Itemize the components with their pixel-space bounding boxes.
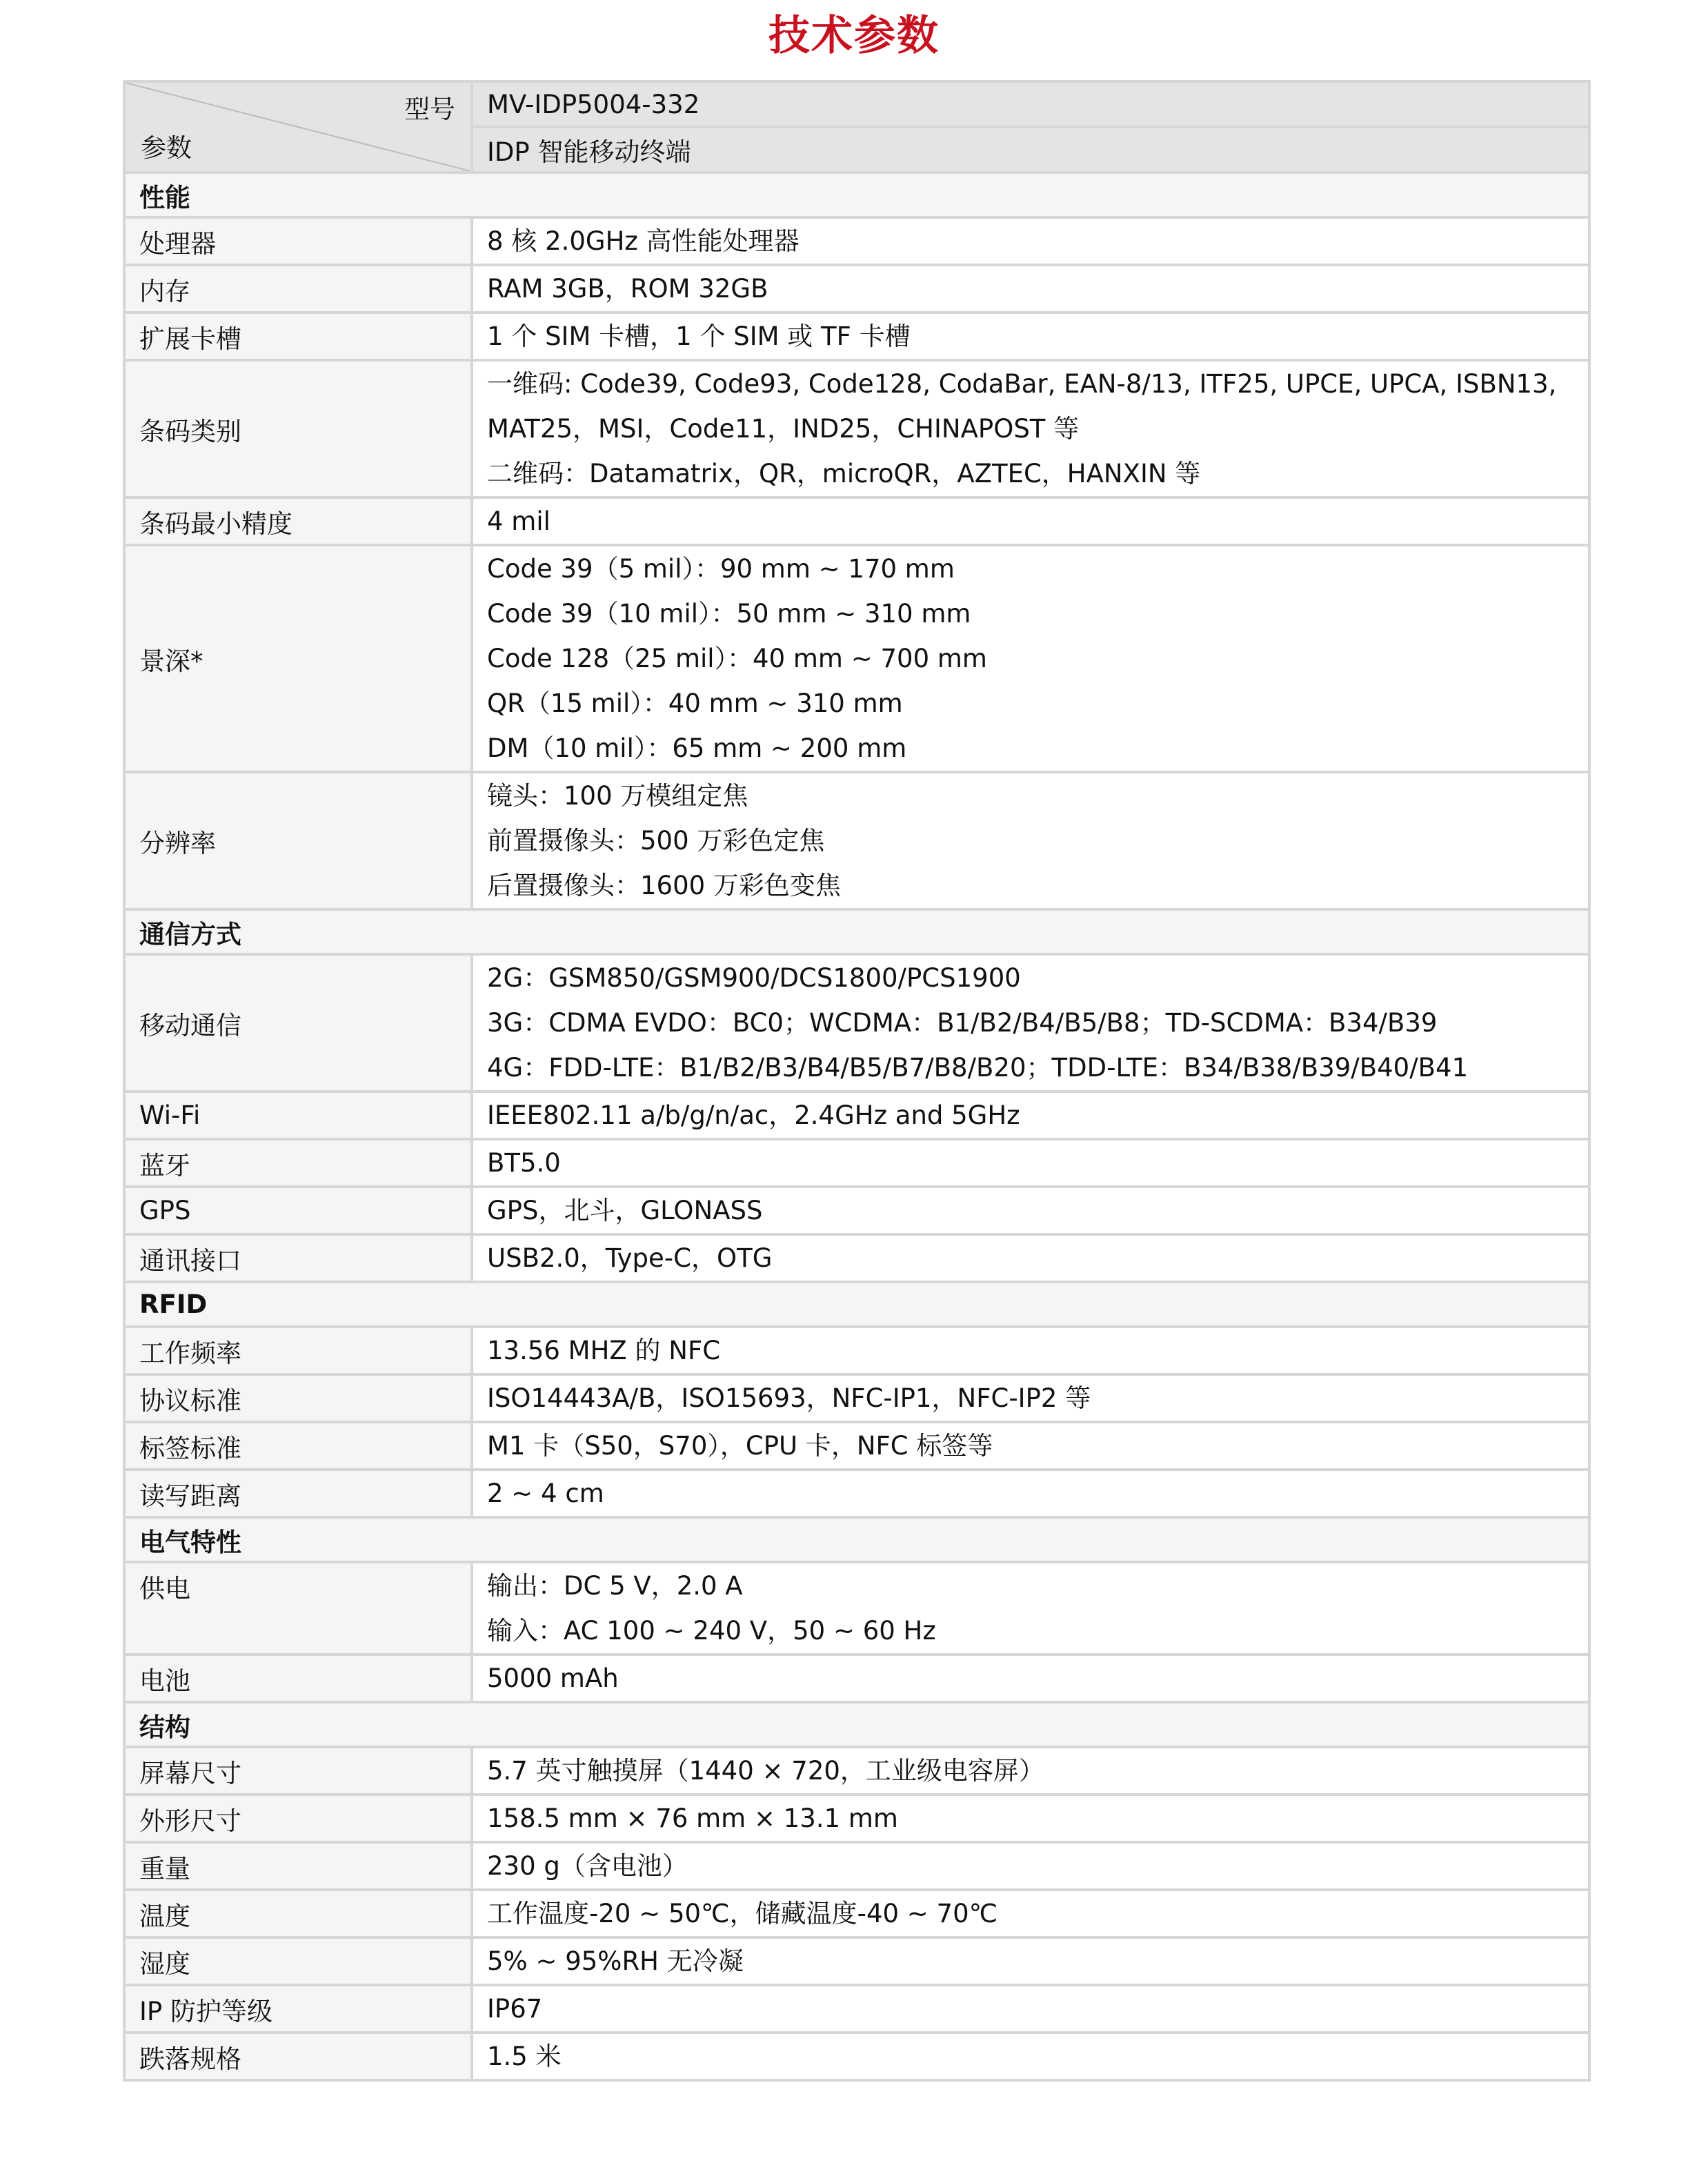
value-line: RAM 3GB，ROM 32GB — [487, 266, 1574, 311]
row-label: 外形尺寸 — [124, 1795, 472, 1842]
value-line: 1 个 SIM 卡槽，1 个 SIM 或 TF 卡槽 — [487, 314, 1574, 359]
section-title: 电气特性 — [124, 1517, 1589, 1562]
row-value: 2 ~ 4 cm — [472, 1470, 1589, 1517]
value-line: 一维码: Code39, Code93, Code128, CodaBar, E… — [487, 362, 1574, 406]
table-row: 内存RAM 3GB，ROM 32GB — [124, 265, 1589, 313]
value-line: 工作温度-20 ~ 50℃，储藏温度-40 ~ 70℃ — [487, 1891, 1574, 1936]
section-header: 结构 — [124, 1702, 1589, 1747]
row-label: 扩展卡槽 — [124, 313, 472, 360]
value-line: MAT25，MSI，Code11，IND25，CHINAPOST 等 — [487, 406, 1574, 451]
row-value: 5.7 英寸触摸屏（1440 × 720，工业级电容屏） — [472, 1747, 1589, 1795]
value-line: 158.5 mm × 76 mm × 13.1 mm — [487, 1796, 1574, 1841]
table-row: 标签标准M1 卡（S50，S70），CPU 卡，NFC 标签等 — [124, 1422, 1589, 1470]
product-name-value: IDP 智能移动终端 — [472, 127, 1589, 172]
row-label: 工作频率 — [124, 1327, 472, 1374]
row-label: 电池 — [124, 1655, 472, 1702]
row-label: 标签标准 — [124, 1422, 472, 1470]
row-value: 230 g（含电池） — [472, 1842, 1589, 1890]
corner-label-params: 参数 — [141, 127, 192, 164]
row-value: 4 mil — [472, 497, 1589, 545]
value-line: 5% ~ 95%RH 无冷凝 — [487, 1939, 1574, 1984]
value-line: 5.7 英寸触摸屏（1440 × 720，工业级电容屏） — [487, 1748, 1574, 1793]
value-line: 8 核 2.0GHz 高性能处理器 — [487, 219, 1574, 264]
section-title: 通信方式 — [124, 909, 1589, 954]
row-label: 条码最小精度 — [124, 497, 472, 545]
value-line: M1 卡（S50，S70），CPU 卡，NFC 标签等 — [487, 1423, 1574, 1468]
table-row: 工作频率13.56 MHZ 的 NFC — [124, 1327, 1589, 1374]
table-row: 条码最小精度4 mil — [124, 497, 1589, 545]
table-row: 景深*Code 39（5 mil）：90 mm ~ 170 mmCode 39（… — [124, 545, 1589, 772]
value-line: IEEE802.11 a/b/g/n/ac，2.4GHz and 5GHz — [487, 1093, 1574, 1138]
row-value: BT5.0 — [472, 1139, 1589, 1187]
value-line: 输入：AC 100 ~ 240 V，50 ~ 60 Hz — [487, 1608, 1574, 1653]
value-line: IP67 — [487, 1986, 1574, 2031]
table-row: 移动通信2G：GSM850/GSM900/DCS1800/PCS19003G：C… — [124, 954, 1589, 1092]
value-line: 2G：GSM850/GSM900/DCS1800/PCS1900 — [487, 956, 1574, 1000]
row-label: 跌落规格 — [124, 2033, 472, 2080]
value-line: 13.56 MHZ 的 NFC — [487, 1328, 1574, 1373]
row-label: 条码类别 — [124, 360, 472, 497]
value-line: 镜头：100 万模组定焦 — [487, 773, 1574, 818]
value-line: BT5.0 — [487, 1140, 1574, 1185]
row-value: M1 卡（S50，S70），CPU 卡，NFC 标签等 — [472, 1422, 1589, 1470]
table-row: 处理器8 核 2.0GHz 高性能处理器 — [124, 217, 1589, 265]
row-value: 13.56 MHZ 的 NFC — [472, 1327, 1589, 1374]
table-row: 温度工作温度-20 ~ 50℃，储藏温度-40 ~ 70℃ — [124, 1890, 1589, 1937]
row-value: IP67 — [472, 1985, 1589, 2033]
table-row: 湿度5% ~ 95%RH 无冷凝 — [124, 1937, 1589, 1985]
value-line: 4G：FDD-LTE：B1/B2/B3/B4/B5/B7/B8/B20；TDD-… — [487, 1045, 1574, 1090]
corner-label-model: 型号 — [404, 88, 455, 126]
row-label: 重量 — [124, 1842, 472, 1890]
row-value: 输出：DC 5 V，2.0 A输入：AC 100 ~ 240 V，50 ~ 60… — [472, 1562, 1589, 1655]
table-row: 电池5000 mAh — [124, 1655, 1589, 1702]
table-row: IP 防护等级IP67 — [124, 1985, 1589, 2033]
row-label: 温度 — [124, 1890, 472, 1937]
corner-cell: 型号 参数 — [124, 81, 472, 172]
value-line: 3G：CDMA EVDO：BC0；WCDMA：B1/B2/B4/B5/B8；TD… — [487, 1000, 1574, 1045]
row-value: 1.5 米 — [472, 2033, 1589, 2080]
table-row: 通讯接口USB2.0，Type-C，OTG — [124, 1234, 1589, 1282]
value-line: Code 128（25 mil）：40 mm ~ 700 mm — [487, 636, 1574, 681]
row-value: 一维码: Code39, Code93, Code128, CodaBar, E… — [472, 360, 1589, 497]
row-label: 屏幕尺寸 — [124, 1747, 472, 1795]
value-line: Code 39（10 mil）：50 mm ~ 310 mm — [487, 591, 1574, 636]
value-line: USB2.0，Type-C，OTG — [487, 1236, 1574, 1281]
table-row: 读写距离2 ~ 4 cm — [124, 1470, 1589, 1517]
section-header: 性能 — [124, 172, 1589, 217]
value-line: 1.5 米 — [487, 2034, 1574, 2079]
row-value: USB2.0，Type-C，OTG — [472, 1234, 1589, 1282]
value-line: Code 39（5 mil）：90 mm ~ 170 mm — [487, 546, 1574, 591]
value-line: DM（10 mil）：65 mm ~ 200 mm — [487, 726, 1574, 771]
row-label: 移动通信 — [124, 954, 472, 1092]
section-header: 电气特性 — [124, 1517, 1589, 1562]
table-row: 重量230 g（含电池） — [124, 1842, 1589, 1890]
value-line: 5000 mAh — [487, 1656, 1574, 1701]
section-header: RFID — [124, 1282, 1589, 1327]
table-row: GPSGPS，北斗，GLONASS — [124, 1187, 1589, 1234]
page-title: 技术参数 — [0, 8, 1708, 63]
row-value: 158.5 mm × 76 mm × 13.1 mm — [472, 1795, 1589, 1842]
row-label: IP 防护等级 — [124, 1985, 472, 2033]
table-row: Wi-FiIEEE802.11 a/b/g/n/ac，2.4GHz and 5G… — [124, 1092, 1589, 1139]
header-row-model: 型号 参数 MV-IDP5004-332 — [124, 81, 1589, 127]
row-label: 分辨率 — [124, 772, 472, 909]
table-row: 分辨率镜头：100 万模组定焦前置摄像头：500 万彩色定焦后置摄像头：1600… — [124, 772, 1589, 909]
section-title: 结构 — [124, 1702, 1589, 1747]
table-row: 扩展卡槽1 个 SIM 卡槽，1 个 SIM 或 TF 卡槽 — [124, 313, 1589, 360]
row-value: RAM 3GB，ROM 32GB — [472, 265, 1589, 313]
row-value: ISO14443A/B，ISO15693，NFC-IP1，NFC-IP2 等 — [472, 1374, 1589, 1422]
value-line: 2 ~ 4 cm — [487, 1471, 1574, 1516]
model-value: MV-IDP5004-332 — [472, 81, 1589, 127]
row-value: 5% ~ 95%RH 无冷凝 — [472, 1937, 1589, 1985]
row-value: 8 核 2.0GHz 高性能处理器 — [472, 217, 1589, 265]
section-header: 通信方式 — [124, 909, 1589, 954]
table-row: 协议标准ISO14443A/B，ISO15693，NFC-IP1，NFC-IP2… — [124, 1374, 1589, 1422]
row-value: 1 个 SIM 卡槽，1 个 SIM 或 TF 卡槽 — [472, 313, 1589, 360]
row-value: IEEE802.11 a/b/g/n/ac，2.4GHz and 5GHz — [472, 1092, 1589, 1139]
row-value: Code 39（5 mil）：90 mm ~ 170 mmCode 39（10 … — [472, 545, 1589, 772]
row-value: 工作温度-20 ~ 50℃，储藏温度-40 ~ 70℃ — [472, 1890, 1589, 1937]
value-line: 输出：DC 5 V，2.0 A — [487, 1563, 1574, 1608]
table-row: 条码类别一维码: Code39, Code93, Code128, CodaBa… — [124, 360, 1589, 497]
value-line: GPS，北斗，GLONASS — [487, 1188, 1574, 1233]
row-label: 处理器 — [124, 217, 472, 265]
row-label: 湿度 — [124, 1937, 472, 1985]
row-label: 供电 — [124, 1562, 472, 1655]
row-label: 内存 — [124, 265, 472, 313]
table-row: 外形尺寸158.5 mm × 76 mm × 13.1 mm — [124, 1795, 1589, 1842]
row-label: 景深* — [124, 545, 472, 772]
row-label: 蓝牙 — [124, 1139, 472, 1187]
row-label: 通讯接口 — [124, 1234, 472, 1282]
value-line: 后置摄像头：1600 万彩色变焦 — [487, 863, 1574, 908]
table-row: 屏幕尺寸5.7 英寸触摸屏（1440 × 720，工业级电容屏） — [124, 1747, 1589, 1795]
row-label: 读写距离 — [124, 1470, 472, 1517]
row-value: 2G：GSM850/GSM900/DCS1800/PCS19003G：CDMA … — [472, 954, 1589, 1092]
value-line: 4 mil — [487, 499, 1574, 544]
value-line: 230 g（含电池） — [487, 1844, 1574, 1888]
spec-table: 型号 参数 MV-IDP5004-332 IDP 智能移动终端 性能处理器8 核… — [123, 80, 1591, 2082]
value-line: QR（15 mil）：40 mm ~ 310 mm — [487, 681, 1574, 726]
row-value: 镜头：100 万模组定焦前置摄像头：500 万彩色定焦后置摄像头：1600 万彩… — [472, 772, 1589, 909]
table-row: 跌落规格1.5 米 — [124, 2033, 1589, 2080]
row-value: GPS，北斗，GLONASS — [472, 1187, 1589, 1234]
row-value: 5000 mAh — [472, 1655, 1589, 1702]
row-label: 协议标准 — [124, 1374, 472, 1422]
row-label: GPS — [124, 1187, 472, 1234]
table-row: 蓝牙BT5.0 — [124, 1139, 1589, 1187]
value-line: 二维码：Datamatrix，QR，microQR，AZTEC，HANXIN 等 — [487, 451, 1574, 496]
section-title: RFID — [124, 1282, 1589, 1327]
table-row: 供电输出：DC 5 V，2.0 A输入：AC 100 ~ 240 V，50 ~ … — [124, 1562, 1589, 1655]
value-line: 前置摄像头：500 万彩色定焦 — [487, 818, 1574, 863]
value-line: ISO14443A/B，ISO15693，NFC-IP1，NFC-IP2 等 — [487, 1376, 1574, 1421]
section-title: 性能 — [124, 172, 1589, 217]
row-label: Wi-Fi — [124, 1092, 472, 1139]
